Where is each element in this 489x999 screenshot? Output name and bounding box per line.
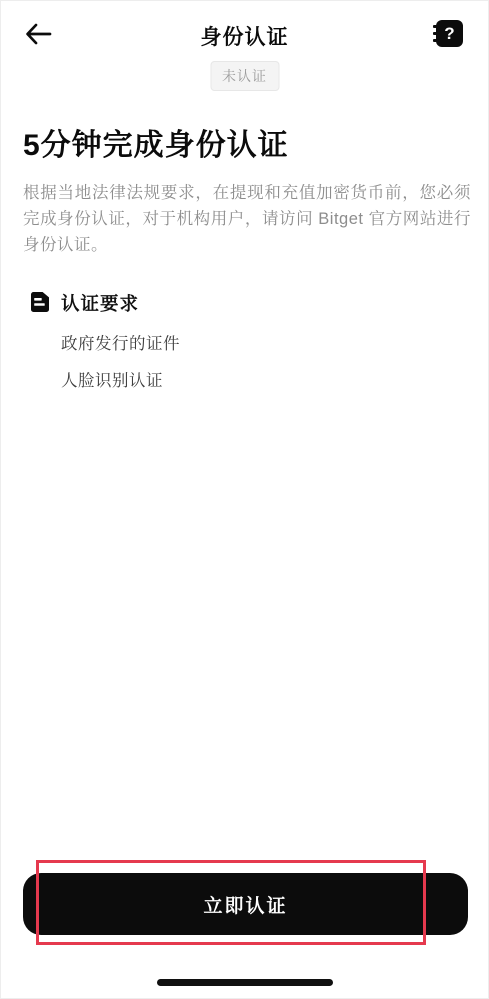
requirement-item-government-id: 政府发行的证件: [61, 330, 180, 354]
header-bar: 身份认证 ?: [1, 1, 488, 59]
document-lines-icon: [28, 291, 50, 313]
identity-verification-screen: 身份认证 ? 未认证 5分钟完成身份认证 根据当地法律法规要求，在提现和充值加密…: [0, 0, 489, 999]
status-badge: 未认证: [210, 61, 279, 91]
help-button[interactable]: ?: [436, 20, 463, 47]
requirement-item-face-recognition: 人脸识别认证: [61, 367, 163, 391]
page-heading: 5分钟完成身份认证: [23, 120, 289, 164]
page-description: 根据当地法律法规要求，在提现和充值加密货币前，您必须完成身份认证，对于机构用户，…: [23, 180, 471, 258]
verify-now-button[interactable]: 立即认证: [23, 873, 468, 935]
question-mark-icon: ?: [444, 25, 454, 42]
home-indicator-bar[interactable]: [157, 979, 333, 986]
requirements-title: 认证要求: [61, 290, 139, 316]
page-title: 身份认证: [1, 21, 488, 51]
